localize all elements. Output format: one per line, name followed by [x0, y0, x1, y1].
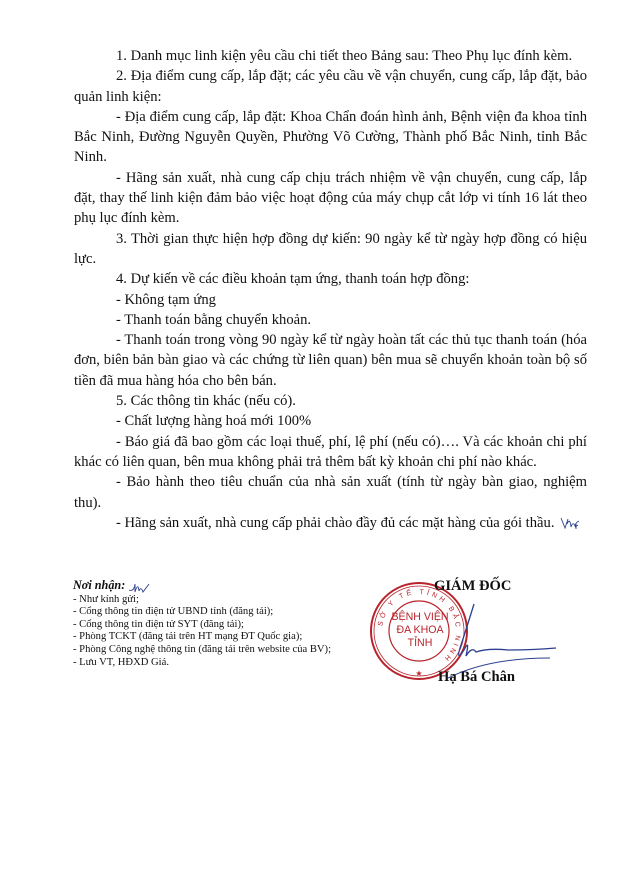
paragraph-item-1: 1. Danh mục linh kiện yêu cầu chi tiết t…: [74, 46, 587, 66]
stamp-line: BỆNH VIỆN: [383, 611, 457, 624]
recipient-item: - Phòng Công nghệ thông tin (đăng tải tr…: [73, 644, 331, 657]
initials-signature-icon: [128, 580, 150, 594]
stamp-line: ĐA KHOA: [383, 624, 457, 637]
paragraph-item-3: 3. Thời gian thực hiện hợp đồng dự kiến:…: [74, 229, 587, 270]
paragraph-location: - Địa điểm cung cấp, lắp đặt: Khoa Chẩn …: [74, 107, 587, 168]
paragraph-manufacturer-responsibility: - Hãng sản xuất, nhà cung cấp chịu trách…: [74, 168, 587, 229]
paragraph-no-advance: - Không tạm ứng: [74, 290, 587, 310]
signatory-title: GIÁM ĐỐC: [434, 578, 511, 595]
director-signature: [448, 600, 558, 680]
document-page: 1. Danh mục linh kiện yêu cầu chi tiết t…: [0, 0, 631, 888]
paragraph-quality: - Chất lượng hàng hoá mới 100%: [74, 411, 587, 431]
signatory-name: Hạ Bá Chân: [438, 669, 515, 686]
stamp-line: TỈNH: [383, 637, 457, 650]
initials-signature-icon: [560, 515, 580, 531]
paragraph-item-4: 4. Dự kiến về các điều khoản tạm ứng, th…: [74, 269, 587, 289]
paragraph-full-offer: - Hãng sản xuất, nhà cung cấp phải chào …: [74, 513, 587, 533]
svg-text:★: ★: [415, 669, 422, 678]
document-body: 1. Danh mục linh kiện yêu cầu chi tiết t…: [74, 46, 587, 533]
paragraph-item-5: 5. Các thông tin khác (nếu có).: [74, 391, 587, 411]
paragraph-bank-transfer: - Thanh toán bằng chuyển khoản.: [74, 310, 587, 330]
paragraph-quote-includes: - Báo giá đã bao gồm các loại thuế, phí,…: [74, 432, 587, 473]
recipient-item: - Phòng TCKT (đăng tải trên HT mạng ĐT Q…: [73, 631, 331, 644]
recipients-heading: Nơi nhận:: [73, 579, 125, 592]
recipient-item: - Như kính gửi;: [73, 594, 331, 607]
recipient-item: - Cổng thông tin điện tử SYT (đăng tải);: [73, 619, 331, 632]
paragraph-item-2: 2. Địa điểm cung cấp, lắp đặt; các yêu c…: [74, 66, 587, 107]
paragraph-warranty: - Bảo hành theo tiêu chuẩn của nhà sản x…: [74, 472, 587, 513]
recipient-item: - Lưu VT, HĐXD Giá.: [73, 657, 331, 670]
paragraph-full-offer-text: - Hãng sản xuất, nhà cung cấp phải chào …: [116, 515, 554, 531]
recipient-item: - Cổng thông tin điện tử UBND tỉnh (đăng…: [73, 606, 331, 619]
stamp-center-text: BỆNH VIỆN ĐA KHOA TỈNH: [383, 611, 457, 650]
recipients-block: Nơi nhận: - Như kính gửi; - Cổng thông t…: [73, 579, 331, 669]
paragraph-payment-terms: - Thanh toán trong vòng 90 ngày kể từ ng…: [74, 330, 587, 391]
recipients-heading-row: Nơi nhận:: [73, 579, 331, 594]
